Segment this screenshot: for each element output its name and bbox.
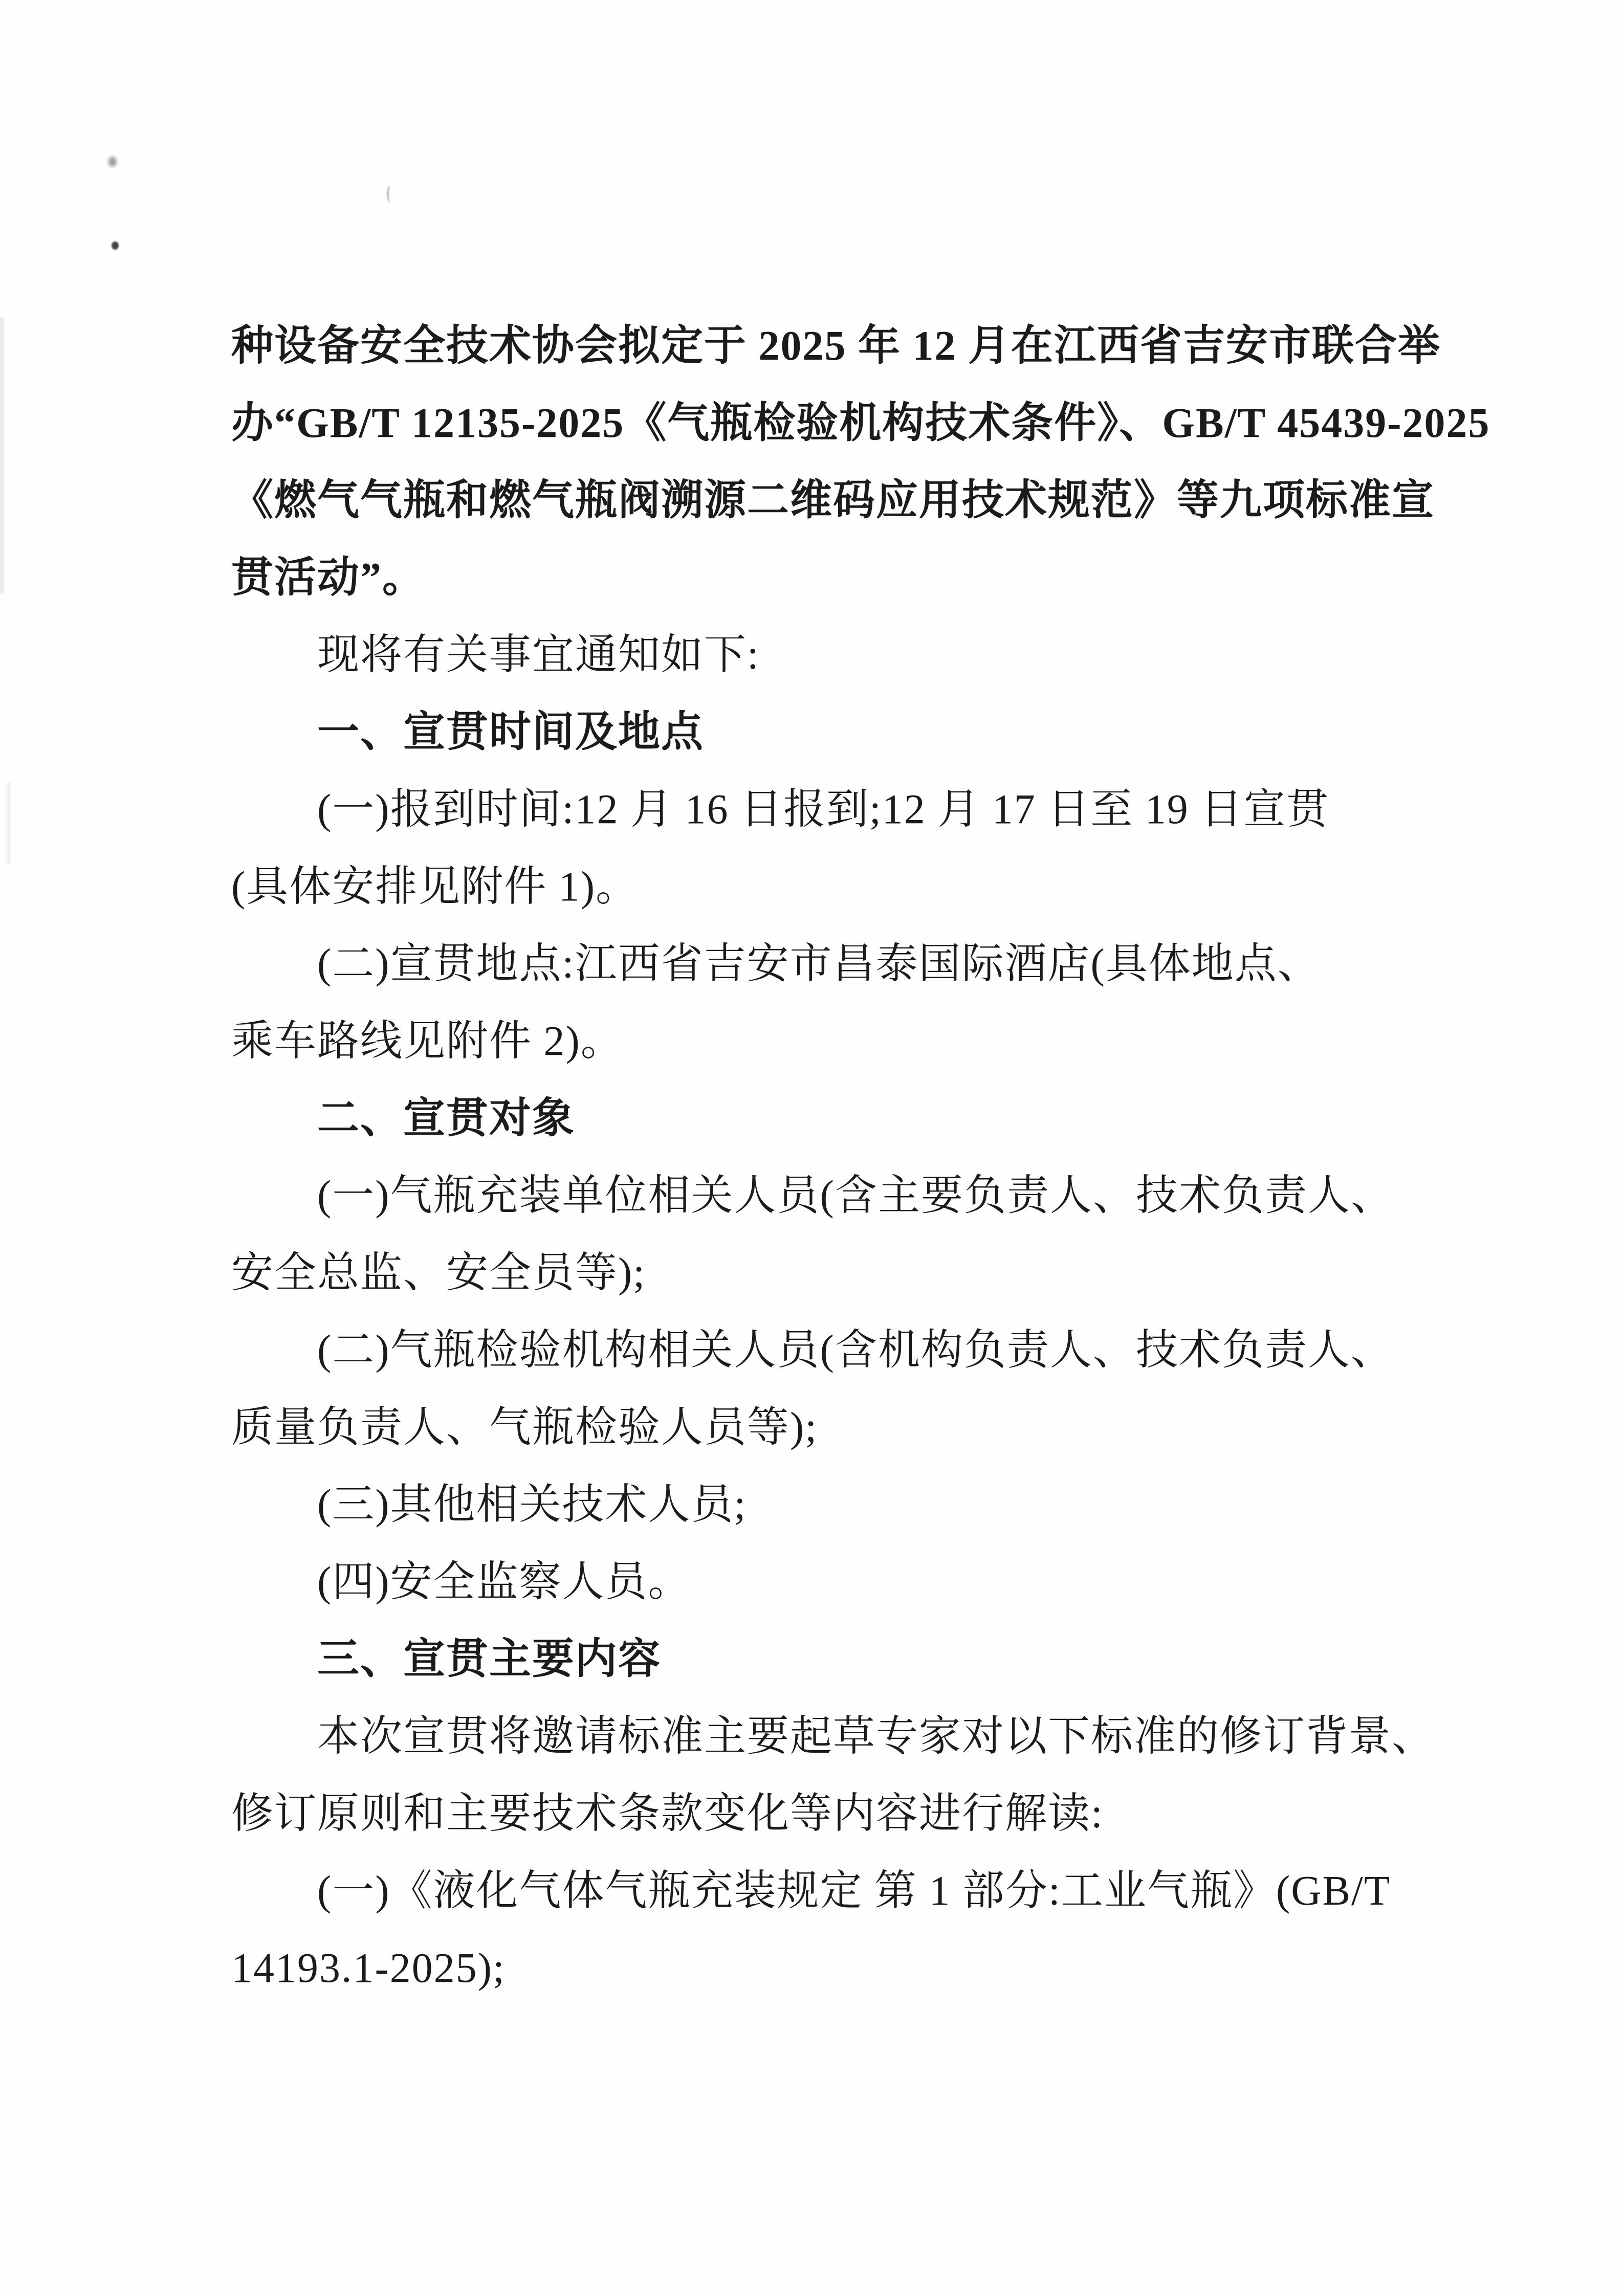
- text-line: 三、宣贯主要内容: [231, 1620, 1418, 1697]
- text-line: 乘车路线见附件 2)。: [231, 1002, 1418, 1079]
- text-line: 14193.1-2025);: [231, 1929, 1418, 2006]
- text-line: (四)安全监察人员。: [231, 1543, 1418, 1620]
- text-line: 贯活动”。: [231, 539, 1418, 616]
- text-line: 质量负责人、气瓶检验人员等);: [231, 1388, 1418, 1466]
- text-line: 一、宣贯时间及地点: [231, 693, 1418, 770]
- text-line: 安全总监、安全员等);: [231, 1234, 1418, 1311]
- text-line: (一)报到时间:12 月 16 日报到;12 月 17 日至 19 日宣贯: [231, 770, 1418, 848]
- text-line: 本次宣贯将邀请标准主要起草专家对以下标准的修订背景、: [231, 1697, 1418, 1775]
- text-line: (二)气瓶检验机构相关人员(含机构负责人、技术负责人、: [231, 1311, 1418, 1388]
- scan-artifact-streak: [0, 317, 5, 593]
- text-line: 办“GB/T 12135-2025《气瓶检验机构技术条件》、GB/T 45439…: [231, 384, 1418, 461]
- text-line: (具体安排见附件 1)。: [231, 848, 1418, 925]
- text-line: 《燃气气瓶和燃气瓶阀溯源二维码应用技术规范》等九项标准宣: [231, 461, 1418, 539]
- document-page: 种设备安全技术协会拟定于 2025 年 12 月在江西省吉安市联合举办“GB/T…: [0, 0, 1624, 2296]
- scan-artifact-streak: [7, 783, 10, 865]
- scan-artifact-mark: [387, 185, 394, 203]
- document-body: 种设备安全技术协会拟定于 2025 年 12 月在江西省吉安市联合举办“GB/T…: [231, 307, 1418, 2006]
- scan-artifact-dot: [112, 241, 119, 250]
- text-line: 种设备安全技术协会拟定于 2025 年 12 月在江西省吉安市联合举: [231, 307, 1418, 384]
- scan-artifact-dot: [108, 157, 117, 167]
- text-line: (一)《液化气体气瓶充装规定 第 1 部分:工业气瓶》(GB/T: [231, 1852, 1418, 1929]
- text-line: (三)其他相关技术人员;: [231, 1466, 1418, 1543]
- text-line: (一)气瓶充装单位相关人员(含主要负责人、技术负责人、: [231, 1157, 1418, 1234]
- text-line: 现将有关事宜通知如下:: [231, 616, 1418, 693]
- text-line: 二、宣贯对象: [231, 1079, 1418, 1157]
- text-line: 修订原则和主要技术条款变化等内容进行解读:: [231, 1775, 1418, 1852]
- text-line: (二)宣贯地点:江西省吉安市昌泰国际酒店(具体地点、: [231, 925, 1418, 1002]
